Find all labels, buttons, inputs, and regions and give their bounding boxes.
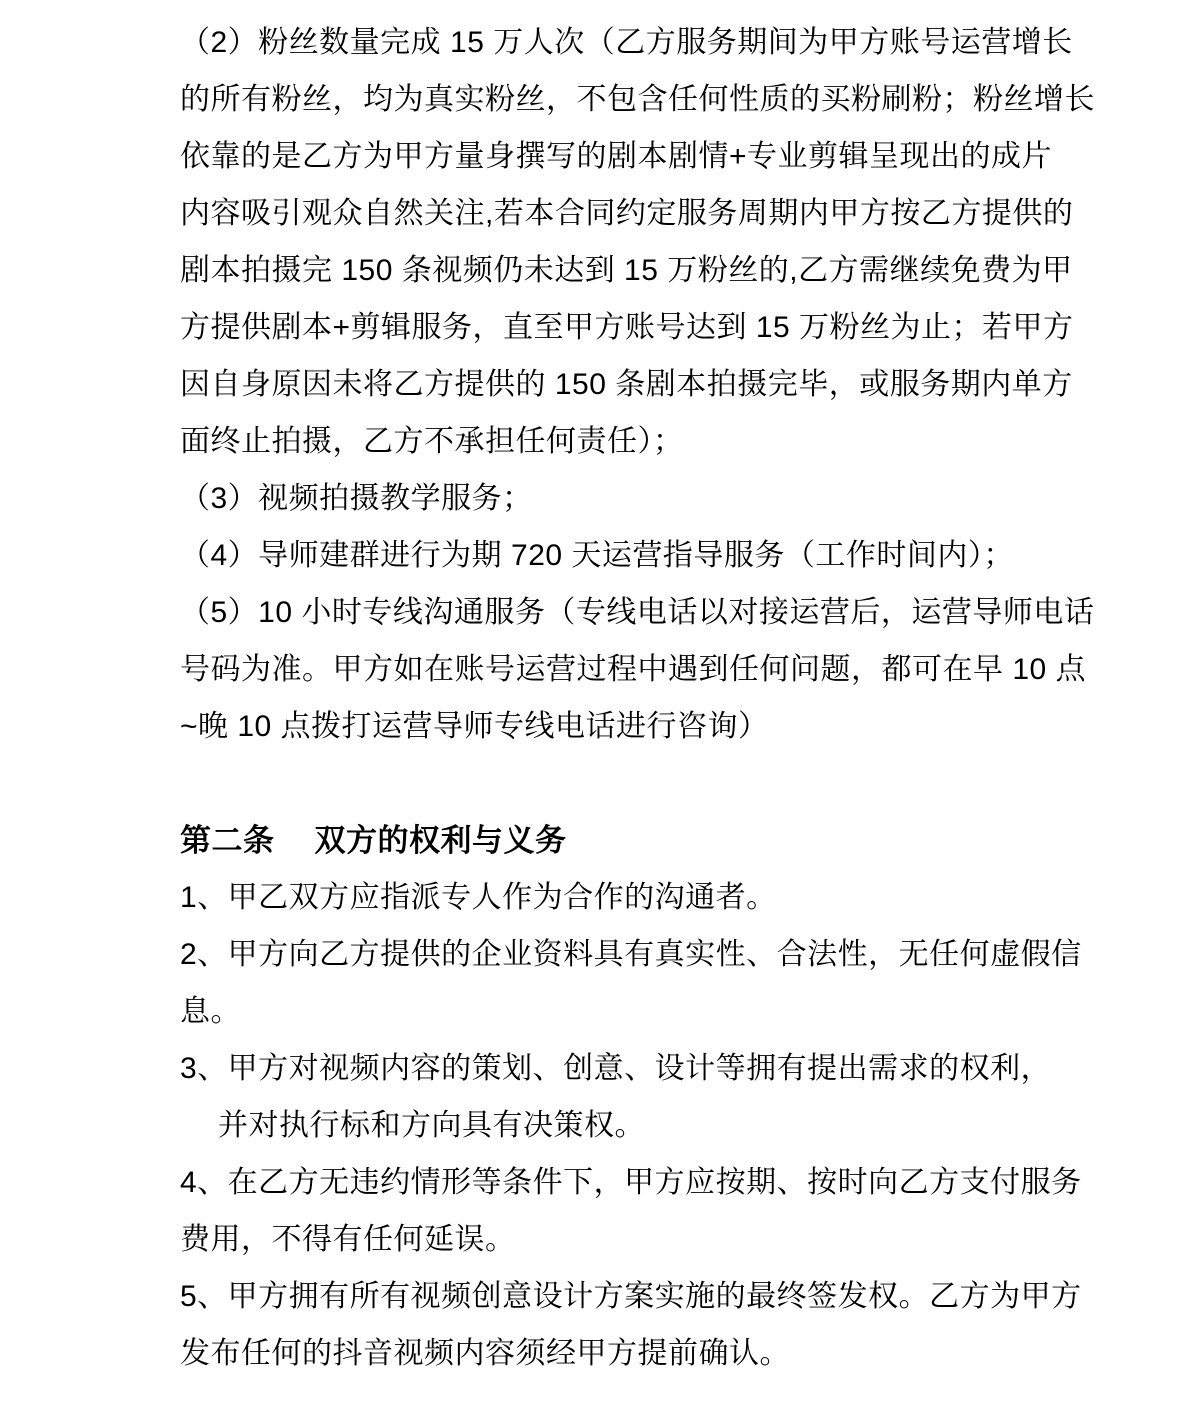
paragraph-line: 费用，不得有任何延误。 <box>180 1211 1040 1268</box>
clause1-item4-paragraph: （4）导师建群进行为期 720 天运营指导服务（工作时间内）； <box>180 527 1040 584</box>
paragraph-line: 剧本拍摄完 150 条视频仍未达到 15 万粉丝的,乙方需继续免费为甲 <box>180 242 1040 299</box>
paragraph-line: （5）10 小时专线沟通服务（专线电话以对接运营后，运营导师电话 <box>180 584 1040 641</box>
clause2-item1-paragraph: 1、甲乙双方应指派专人作为合作的沟通者。 <box>180 869 1040 926</box>
clause1-item2-paragraph: （2）粉丝数量完成 15 万人次（乙方服务期间为甲方账号运营增长 的所有粉丝，均… <box>180 14 1040 470</box>
section-2-number: 第二条 <box>180 823 275 858</box>
contract-text-body: （2）粉丝数量完成 15 万人次（乙方服务期间为甲方账号运营增长 的所有粉丝，均… <box>180 14 1040 1382</box>
paragraph-line: （3）视频拍摄教学服务； <box>180 470 1040 527</box>
paragraph-line: 2、甲方向乙方提供的企业资料具有真实性、合法性，无任何虚假信 <box>180 926 1040 983</box>
paragraph-line: 3、甲方对视频内容的策划、创意、设计等拥有提出需求的权利， <box>180 1040 1040 1097</box>
paragraph-line: （4）导师建群进行为期 720 天运营指导服务（工作时间内）； <box>180 527 1040 584</box>
section-2-heading: 第二条双方的权利与义务 <box>180 812 1040 869</box>
clause2-item5-paragraph: 5、甲方拥有所有视频创意设计方案实施的最终签发权。乙方为甲方 发布任何的抖音视频… <box>180 1268 1040 1382</box>
paragraph-line: （2）粉丝数量完成 15 万人次（乙方服务期间为甲方账号运营增长 <box>180 14 1040 71</box>
paragraph-line: 5、甲方拥有所有视频创意设计方案实施的最终签发权。乙方为甲方 <box>180 1268 1040 1325</box>
paragraph-line: 1、甲乙双方应指派专人作为合作的沟通者。 <box>180 869 1040 926</box>
paragraph-line: 的所有粉丝，均为真实粉丝，不包含任何性质的买粉刷粉；粉丝增长 <box>180 71 1040 128</box>
clause1-item3-paragraph: （3）视频拍摄教学服务； <box>180 470 1040 527</box>
paragraph-line: 号码为准。甲方如在账号运营过程中遇到任何问题，都可在早 10 点 <box>180 641 1040 698</box>
paragraph-line: 4、在乙方无违约情形等条件下，甲方应按期、按时向乙方支付服务 <box>180 1154 1040 1211</box>
paragraph-line: 方提供剧本+剪辑服务，直至甲方账号达到 15 万粉丝为止；若甲方 <box>180 299 1040 356</box>
contract-document-page: （2）粉丝数量完成 15 万人次（乙方服务期间为甲方账号运营增长 的所有粉丝，均… <box>0 0 1189 1416</box>
paragraph-line: 因自身原因未将乙方提供的 150 条剧本拍摄完毕，或服务期内单方 <box>180 356 1040 413</box>
paragraph-line-indented: 并对执行标和方向具有决策权。 <box>180 1097 1040 1154</box>
paragraph-line: ~晚 10 点拨打运营导师专线电话进行咨询） <box>180 698 1040 755</box>
clause2-item4-paragraph: 4、在乙方无违约情形等条件下，甲方应按期、按时向乙方支付服务 费用，不得有任何延… <box>180 1154 1040 1268</box>
paragraph-line: 发布任何的抖音视频内容须经甲方提前确认。 <box>180 1325 1040 1382</box>
section-2-title: 双方的权利与义务 <box>315 823 567 858</box>
clause2-item2-paragraph: 2、甲方向乙方提供的企业资料具有真实性、合法性，无任何虚假信 息。 <box>180 926 1040 1040</box>
clause2-item3-paragraph: 3、甲方对视频内容的策划、创意、设计等拥有提出需求的权利， 并对执行标和方向具有… <box>180 1040 1040 1154</box>
clause1-item5-paragraph: （5）10 小时专线沟通服务（专线电话以对接运营后，运营导师电话 号码为准。甲方… <box>180 584 1040 755</box>
paragraph-line: 面终止拍摄，乙方不承担任何责任）； <box>180 413 1040 470</box>
paragraph-line: 依靠的是乙方为甲方量身撰写的剧本剧情+专业剪辑呈现出的成片 <box>180 128 1040 185</box>
paragraph-line: 息。 <box>180 983 1040 1040</box>
paragraph-line: 内容吸引观众自然关注,若本合同约定服务周期内甲方按乙方提供的 <box>180 185 1040 242</box>
